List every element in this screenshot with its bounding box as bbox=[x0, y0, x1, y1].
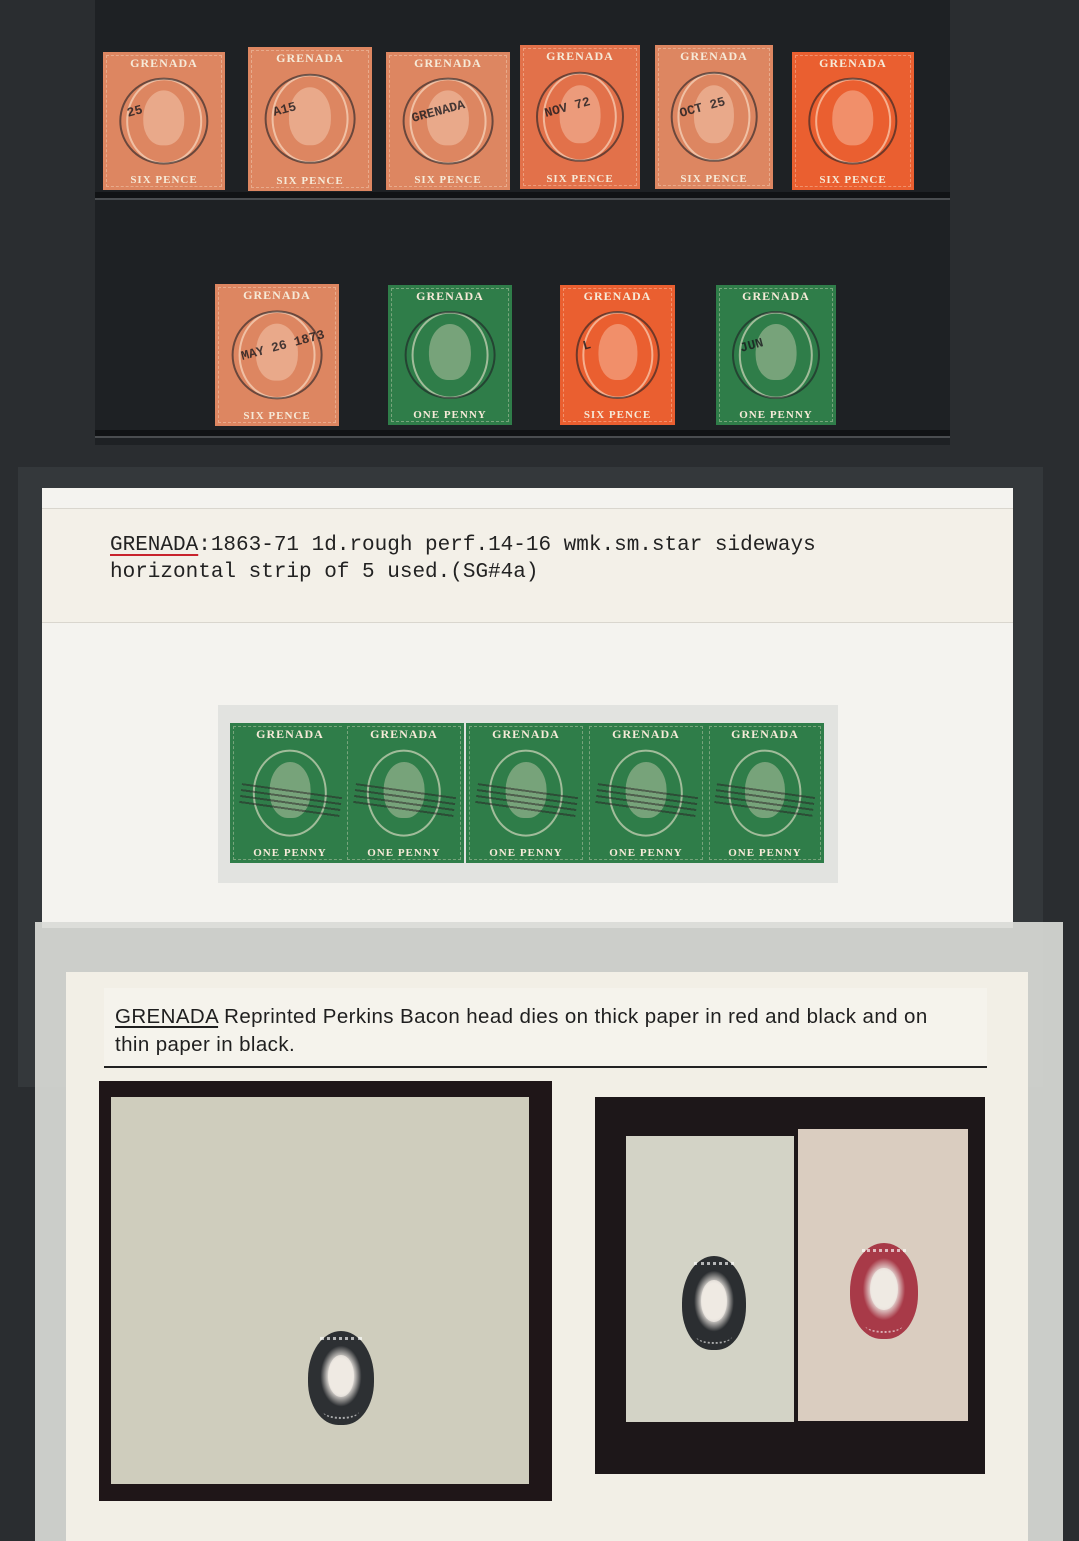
stamp-country: GRENADA bbox=[230, 727, 350, 742]
stamp: GRENADAONE PENNY bbox=[706, 723, 824, 863]
stamp: GRENADASIX PENCEL bbox=[560, 285, 675, 425]
stamp-country: GRENADA bbox=[560, 289, 675, 304]
description-text: GRENADA Reprinted Perkins Bacon head die… bbox=[115, 1003, 960, 1059]
stamp-denomination: SIX PENCE bbox=[215, 410, 339, 422]
stamp: GRENADASIX PENCEGRENADA bbox=[386, 52, 510, 190]
stamp-denomination: SIX PENCE bbox=[386, 174, 510, 186]
stamp: GRENADASIX PENCEOCT 25 bbox=[655, 45, 773, 189]
stamp-denomination: ONE PENNY bbox=[586, 847, 706, 859]
stamp: GRENADASIX PENCE bbox=[792, 52, 914, 190]
stamp: GRENADAONE PENNY bbox=[586, 723, 706, 863]
die-proof-thick-red bbox=[798, 1129, 968, 1421]
stamp: GRENADAONE PENNY bbox=[344, 723, 464, 863]
stamp-country: GRENADA bbox=[215, 288, 339, 303]
queen-victoria-head-icon bbox=[308, 1331, 374, 1425]
stamp-country: GRENADA bbox=[103, 56, 225, 71]
stamp-country: GRENADA bbox=[586, 727, 706, 742]
stamp-country: GRENADA bbox=[466, 727, 586, 742]
stamp: GRENADASIX PENCE25 bbox=[103, 52, 225, 190]
stamp-denomination: ONE PENNY bbox=[466, 847, 586, 859]
stamp: GRENADAONE PENNY bbox=[388, 285, 512, 425]
stamp-country: GRENADA bbox=[716, 289, 836, 304]
stamp-denomination: ONE PENNY bbox=[716, 409, 836, 421]
stamp: GRENADAONE PENNY bbox=[230, 723, 350, 863]
postmark-cancel bbox=[119, 78, 208, 165]
stamp-country: GRENADA bbox=[344, 727, 464, 742]
stamp-denomination: ONE PENNY bbox=[706, 847, 824, 859]
queen-victoria-head-icon bbox=[682, 1256, 746, 1350]
stamp: GRENADASIX PENCENOV 72 bbox=[520, 45, 640, 189]
stamp: GRENADASIX PENCEA15 bbox=[248, 47, 372, 191]
country-heading: GRENADA bbox=[115, 1005, 218, 1028]
stamp-denomination: ONE PENNY bbox=[344, 847, 464, 859]
stamp-country: GRENADA bbox=[386, 56, 510, 71]
queen-victoria-head-icon bbox=[850, 1243, 918, 1339]
stamp-denomination: SIX PENCE bbox=[655, 173, 773, 185]
stamp-country: GRENADA bbox=[520, 49, 640, 64]
stamp-denomination: SIX PENCE bbox=[520, 173, 640, 185]
postmark-cancel bbox=[405, 311, 496, 399]
stamp-country: GRENADA bbox=[388, 289, 512, 304]
die-proof-thin-black bbox=[111, 1097, 529, 1484]
postmark-cancel bbox=[808, 78, 897, 165]
stamp: GRENADAONE PENNY bbox=[466, 723, 586, 863]
stamp-denomination: SIX PENCE bbox=[560, 409, 675, 421]
stockcard-strip-edge bbox=[95, 436, 950, 438]
stamp-denomination: ONE PENNY bbox=[230, 847, 350, 859]
stockcard-strip-edge bbox=[95, 198, 950, 200]
postmark-cancel bbox=[575, 311, 660, 399]
stamp-denomination: ONE PENNY bbox=[388, 409, 512, 421]
stamp-denomination: SIX PENCE bbox=[792, 174, 914, 186]
stamp-country: GRENADA bbox=[792, 56, 914, 71]
stamp-country: GRENADA bbox=[655, 49, 773, 64]
stamp: GRENADASIX PENCEMAY 26 1873 bbox=[215, 284, 339, 426]
stamp-denomination: SIX PENCE bbox=[248, 175, 372, 187]
stamp-country: GRENADA bbox=[248, 51, 372, 66]
description-text: GRENADA:1863-71 1d.rough perf.14-16 wmk.… bbox=[110, 532, 990, 586]
die-proof-thick-black bbox=[626, 1136, 794, 1422]
stamp: GRENADAONE PENNYJUN bbox=[716, 285, 836, 425]
country-heading: GRENADA bbox=[110, 534, 198, 557]
stamp-country: GRENADA bbox=[706, 727, 824, 742]
stamp-denomination: SIX PENCE bbox=[103, 174, 225, 186]
